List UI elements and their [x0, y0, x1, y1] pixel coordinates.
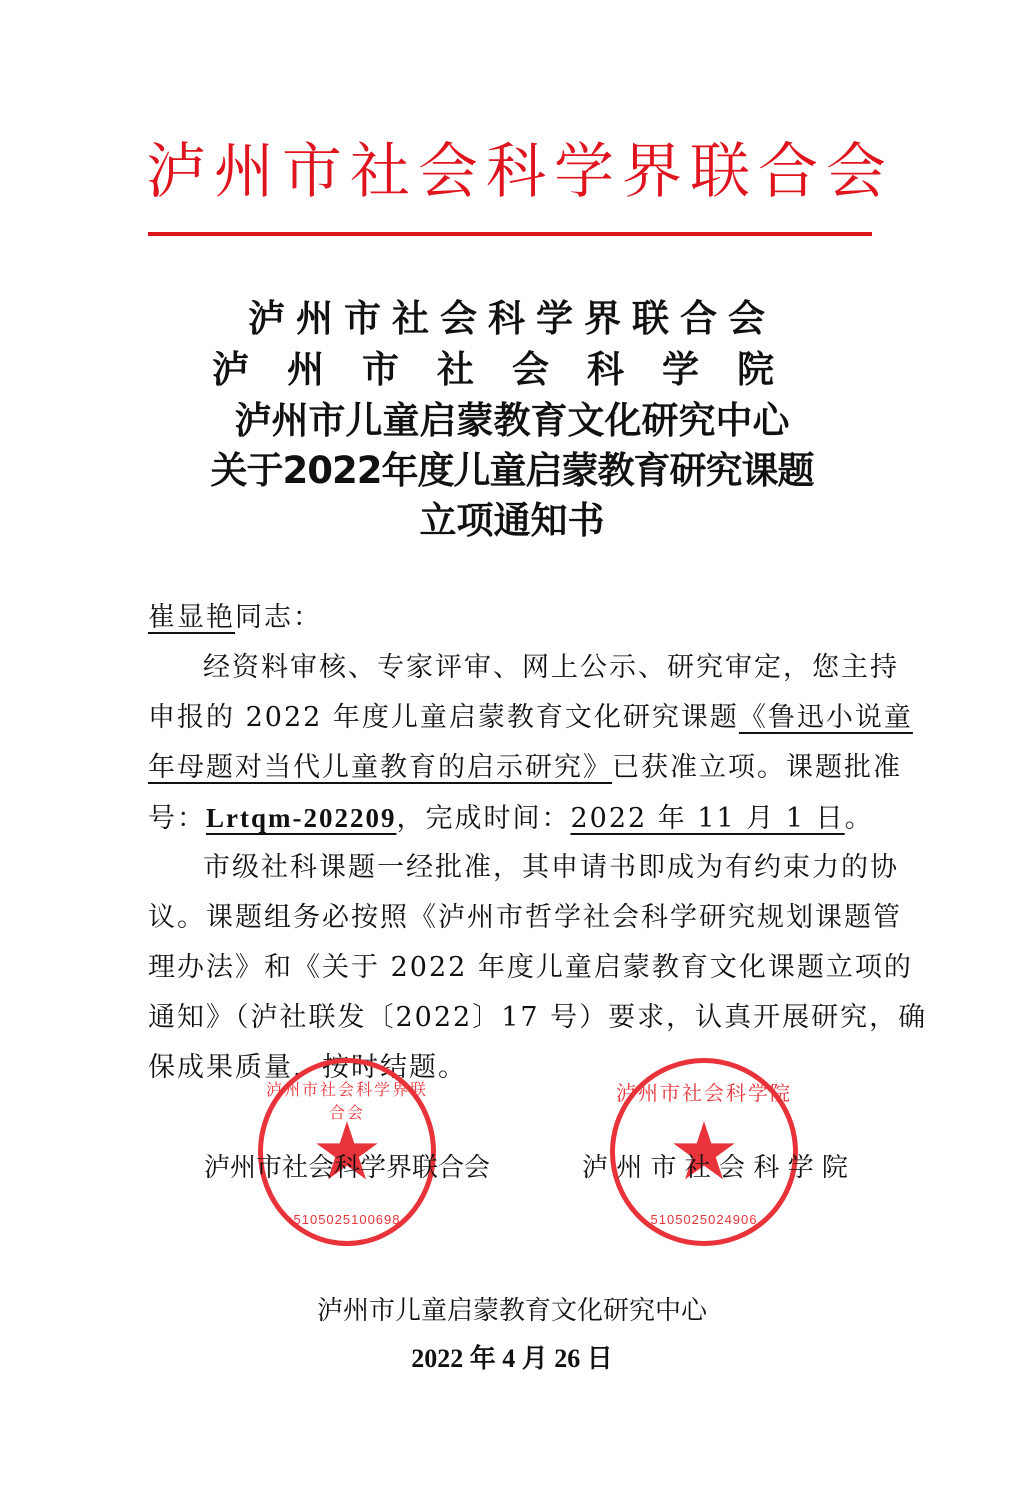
- approval-number: Lrtqm-202209: [206, 803, 396, 833]
- document-title-line-1: 泸州市社会科学界联合会: [160, 291, 864, 347]
- paragraph2-line3: 理办法》和《关于 2022 年度儿童启蒙教育文化课题立项的: [148, 948, 883, 988]
- right-seal-text: 泸州市社会科学院: [615, 1077, 793, 1106]
- recipient-name: 崔显艳: [148, 602, 235, 633]
- footer-date: 2022 年 4 月 26 日: [0, 1338, 1024, 1375]
- paragraph1-line2-prefix: 申报的 2022 年度儿童启蒙教育文化研究课题: [148, 702, 739, 733]
- project-topic-part2: 年母题对当代儿童教育的启示研究》: [148, 752, 612, 783]
- salutation: 崔显艳同志：: [148, 598, 883, 638]
- salutation-suffix: 同志：: [235, 602, 322, 633]
- left-seal-code: 5105025100698: [263, 1212, 431, 1227]
- completion-date: 2022 年 11 月 1 日: [570, 803, 844, 834]
- footer-organization: 泸州市儿童启蒙教育文化研究中心: [0, 1290, 1024, 1327]
- masthead-title: 泸州市社会科学界联合会: [146, 132, 876, 212]
- signature-right: 泸 州 市 社 会 科 学 院: [582, 1148, 848, 1188]
- approval-number-label: 号：: [148, 803, 206, 834]
- period: 。: [845, 803, 874, 834]
- paragraph2-line1: 市级社科课题一经批准，其申请书即成为有约束力的协: [203, 848, 883, 888]
- paragraph1-line3-suffix: 已获准立项。课题批准: [612, 752, 902, 783]
- document-title-line-5: 立项通知书: [160, 493, 864, 549]
- paragraph1-line1: 经资料审核、专家评审、网上公示、研究审定，您主持: [203, 648, 883, 688]
- document-title-line-3: 泸州市儿童启蒙教育文化研究中心: [160, 393, 864, 449]
- paragraph2-line2: 议。课题组务必按照《泸州市哲学社会科学研究规划课题管: [148, 898, 883, 938]
- paragraph1-line4: 号：Lrtqm-202209，完成时间：2022 年 11 月 1 日。: [148, 798, 883, 839]
- signature-left: 泸州市社会科学界联合会: [204, 1148, 490, 1188]
- masthead-divider: [148, 232, 872, 236]
- completion-date-label: ，完成时间：: [396, 803, 570, 834]
- paragraph1-line2: 申报的 2022 年度儿童启蒙教育文化研究课题《鲁迅小说童: [148, 698, 883, 738]
- document-title-line-4: 关于2022年度儿童启蒙教育研究课题: [160, 443, 864, 499]
- project-topic-part1: 《鲁迅小说童: [739, 702, 913, 733]
- paragraph1-line3: 年母题对当代儿童教育的启示研究》已获准立项。课题批准: [148, 748, 883, 788]
- paragraph2-line4: 通知》（泸社联发〔2022〕17 号）要求，认真开展研究，确: [148, 998, 883, 1038]
- document-title-line-2: 泸州市社会科学院: [160, 342, 864, 398]
- right-seal-code: 5105025024906: [615, 1212, 793, 1227]
